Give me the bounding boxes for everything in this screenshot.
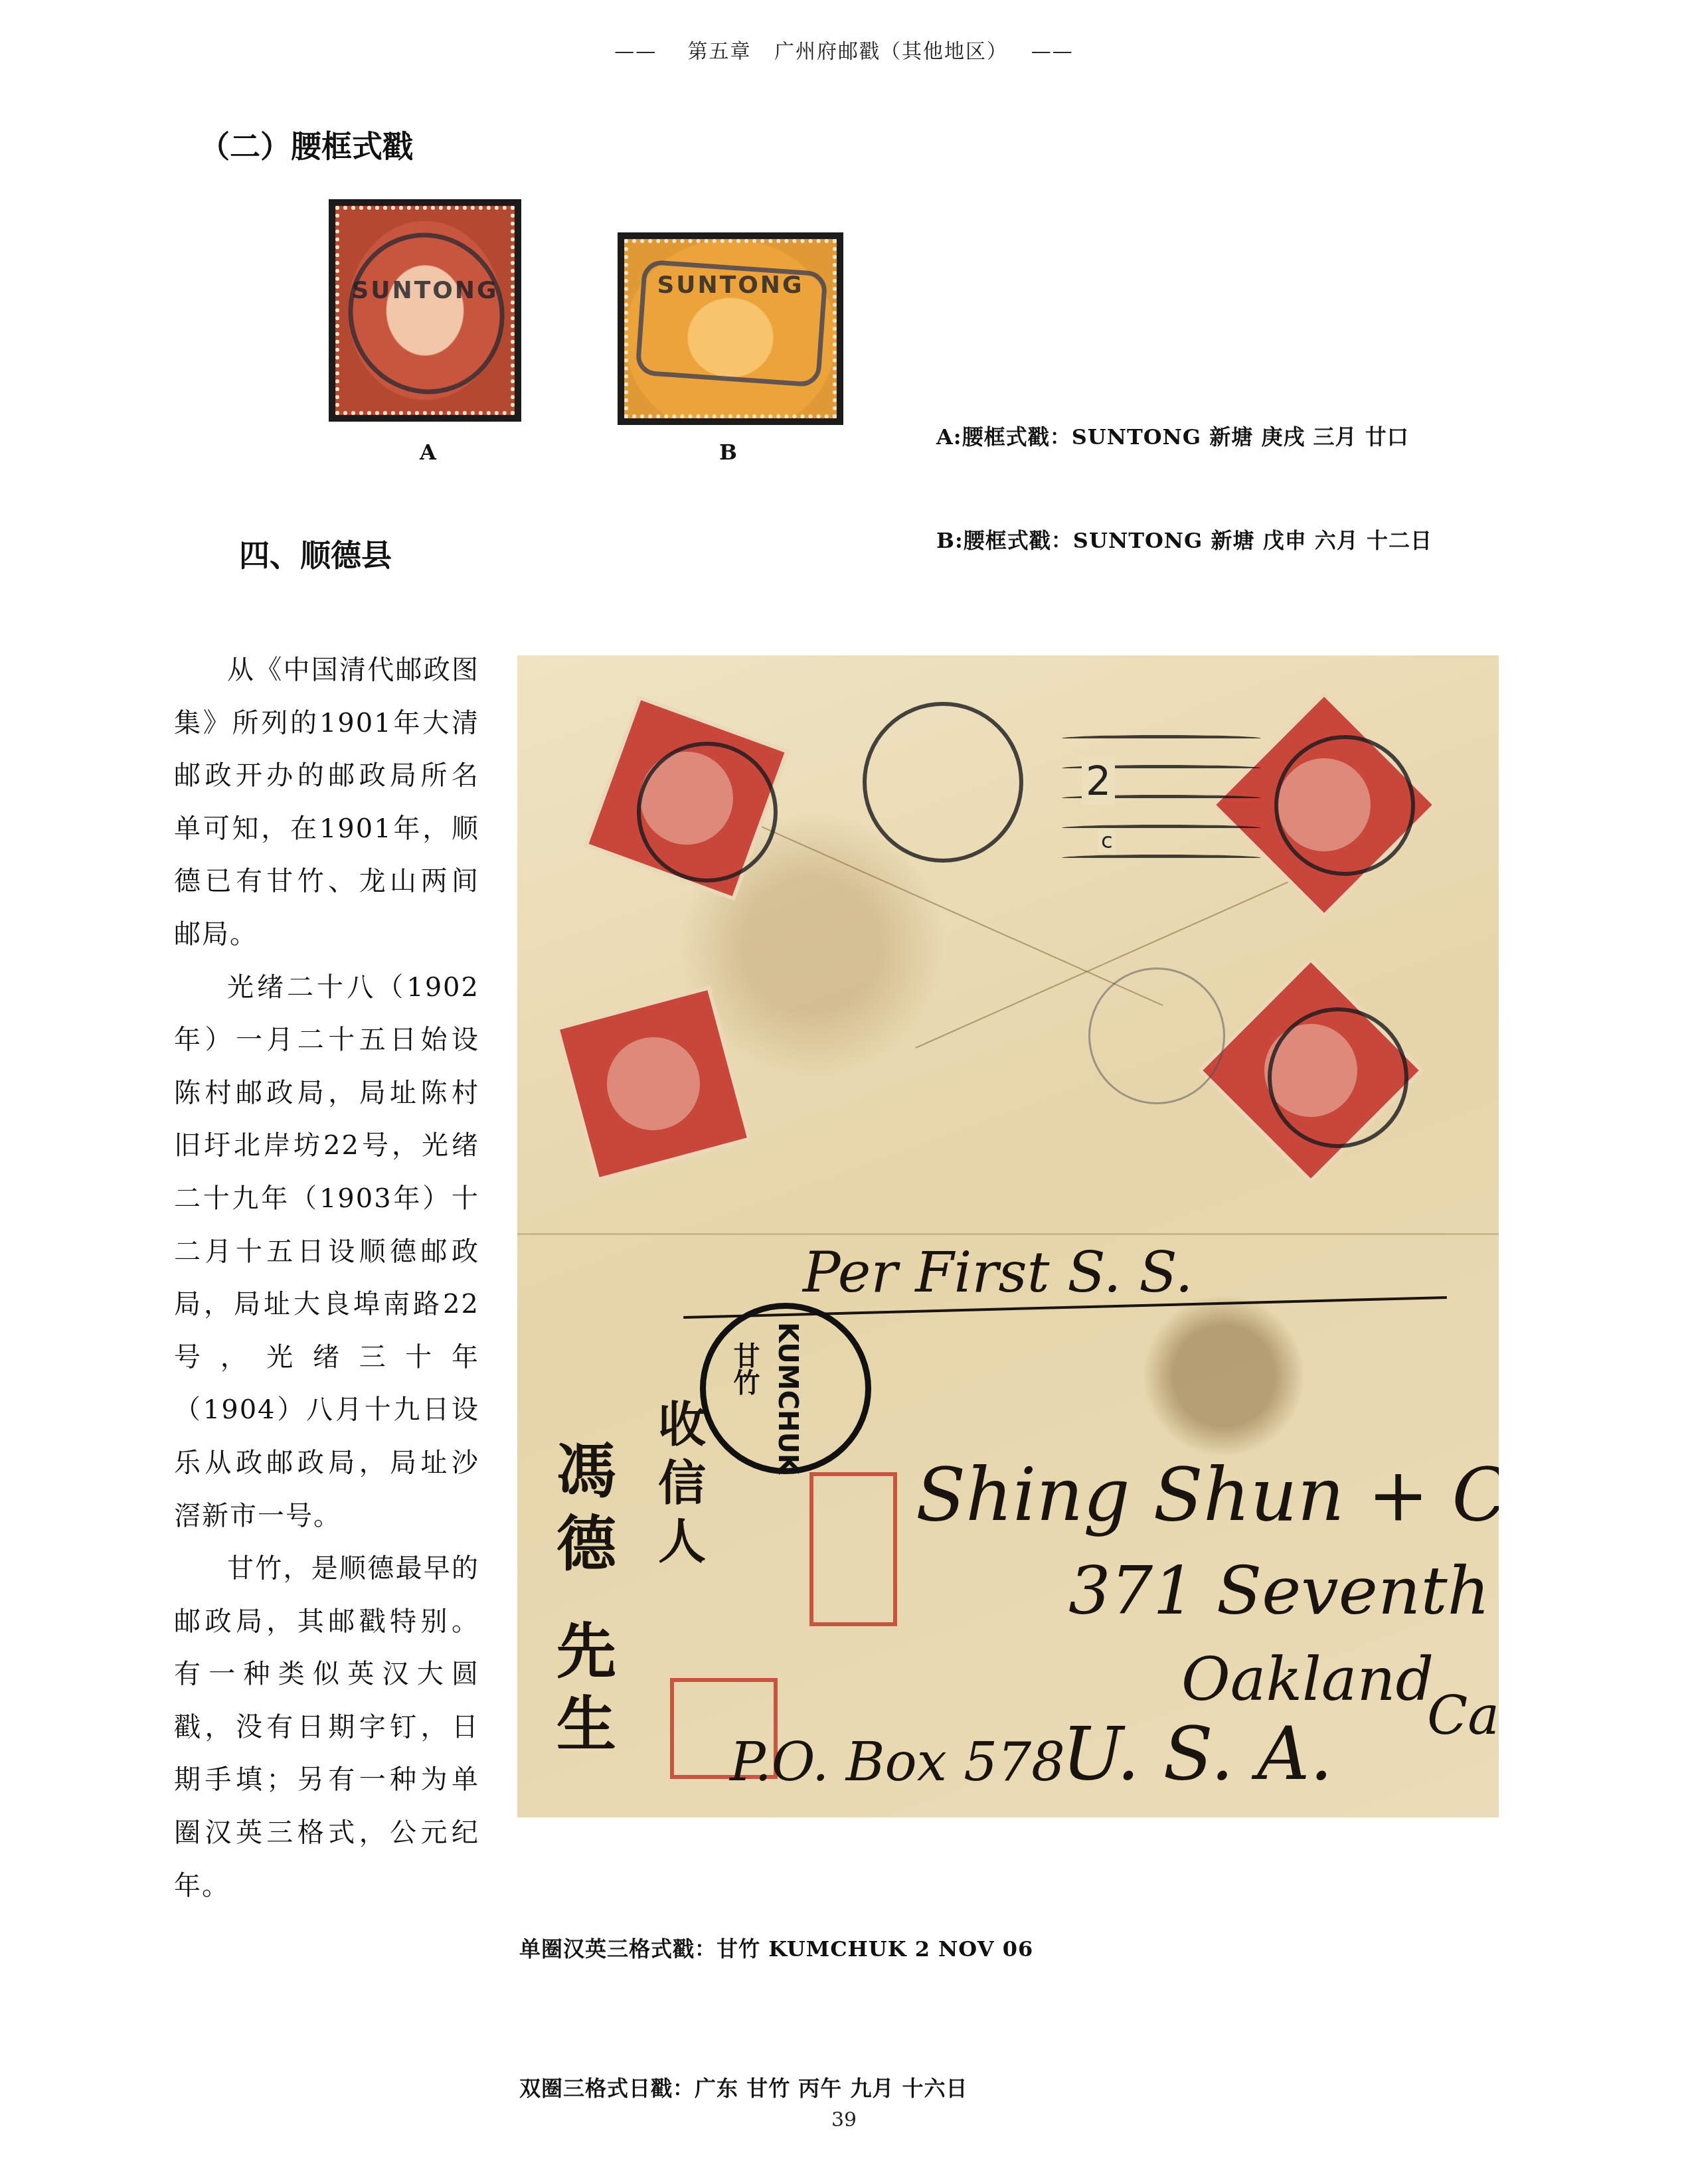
handwriting-chinese-name: 馮德 先生	[537, 1439, 624, 1765]
stamp-captions: A:腰框式戳：SUNTONG 新塘 庚戌 三月 廿口 B:腰框式戳：SUNTON…	[936, 351, 1432, 592]
cancel-wave	[1062, 825, 1261, 831]
red-seal	[809, 1472, 897, 1626]
paragraph: 从《中国清代邮政图集》所列的1901年大清邮政开办的邮政局所名单可知，在1901…	[174, 644, 479, 962]
handwriting-street: 371 Seventh St	[1068, 1552, 1499, 1630]
envelope-fold	[517, 1233, 1499, 1235]
handwriting-per-first: Per First S. S.	[803, 1240, 1193, 1305]
caption-b: B:腰框式戳：SUNTONG 新塘 戊申 六月 十二日	[936, 523, 1432, 558]
chinese-postmark	[637, 742, 778, 882]
stamp-label-b: B	[719, 440, 737, 465]
cancel-unit: c	[1098, 828, 1116, 853]
section-heading: 四、顺德县	[239, 531, 392, 575]
handwriting-country: U. S. A.	[1062, 1711, 1333, 1796]
running-header: —— 第五章 广州府邮戳（其他地区） ——	[0, 35, 1688, 64]
paragraph: 光绪二十八（1902年）一月二十五日始设陈村邮政局，局址陈村旧圩北岸坊22号，光…	[174, 962, 479, 1543]
caption-a: A:腰框式戳：SUNTONG 新塘 庚戌 三月 廿口	[936, 420, 1432, 454]
handwriting-state: Cal	[1427, 1685, 1499, 1746]
postmark-english: KUMCHUK	[772, 1322, 803, 1474]
stamp-image-a: SUNTONG	[335, 206, 515, 415]
caption-single-ring: 单圈汉英三格式戳：甘竹 KUMCHUK 2 NOV 06	[519, 1926, 1033, 1972]
sub-heading: （二）腰框式戳	[199, 122, 413, 166]
transit-postmark	[863, 702, 1023, 863]
chinese-postmark	[1268, 1007, 1408, 1148]
caption-double-ring: 双圈三格式日戳：广东 甘竹 丙午 九月 十六日	[519, 2065, 1033, 2112]
machine-cancel: 2 c	[1062, 735, 1261, 894]
cancel-wave	[1062, 855, 1261, 861]
cancel-wave	[1062, 735, 1261, 742]
handwriting-chinese-note: 收信人	[643, 1399, 713, 1574]
cancel-value: 2	[1082, 758, 1115, 805]
stamp-image-b: SUNTONG	[624, 239, 837, 418]
body-text: 从《中国清代邮政图集》所列的1901年大清邮政开办的邮政局所名单可知，在1901…	[174, 644, 479, 1912]
page-number: 39	[0, 2108, 1688, 2132]
handwriting-po-box: P.O. Box 578	[730, 1731, 1065, 1793]
chinese-postmark	[1274, 735, 1415, 876]
handwriting-city: Oakland	[1181, 1645, 1434, 1715]
kumchuk-postmark: 甘竹 KUMCHUK	[700, 1303, 871, 1474]
postmark-chinese: 甘竹	[726, 1342, 764, 1395]
postmark-text: SUNTONG	[624, 272, 837, 299]
postmark-text: SUNTONG	[335, 277, 515, 304]
arrival-postmark	[1088, 967, 1225, 1104]
stamp-label-a: A	[420, 440, 436, 465]
paragraph: 甘竹，是顺德最早的邮政局，其邮戳特别。有一种类似英汉大圆戳，没有日期字钉，日期手…	[174, 1543, 479, 1912]
coiling-dragon-stamp	[560, 990, 747, 1177]
envelope-photo: 2 c Per First S. S. 甘竹 KUMCHUK 馮德 先生 收信人…	[517, 655, 1499, 1817]
handwriting-addressee: Shing Shun + Co	[916, 1452, 1499, 1537]
